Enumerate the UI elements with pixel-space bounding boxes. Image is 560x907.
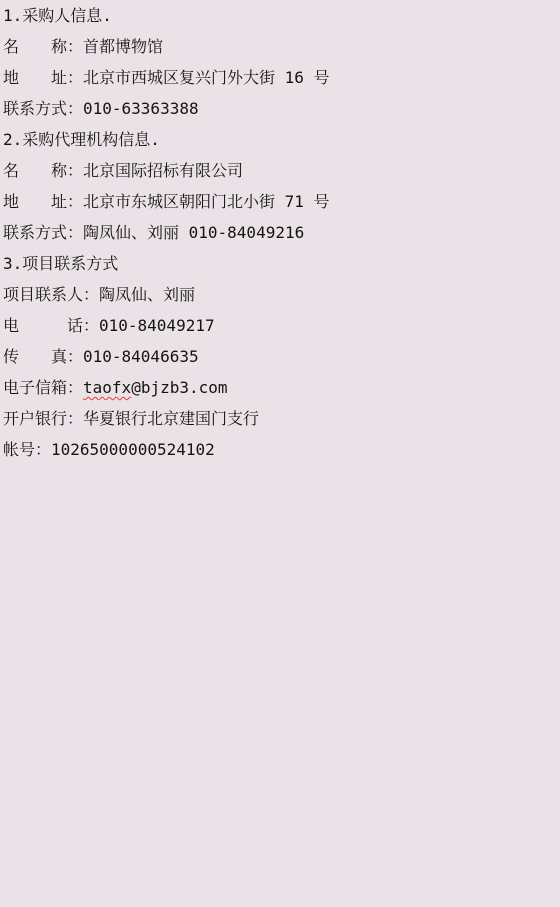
purchaser-address-line: 地 址：北京市西城区复兴门外大街 16 号 bbox=[3, 62, 560, 93]
section1-heading: 1.采购人信息. bbox=[3, 0, 560, 31]
agency-name-line: 名 称：北京国际招标有限公司 bbox=[3, 155, 560, 186]
fax-line: 传 真：010-84046635 bbox=[3, 341, 560, 372]
section2-heading: 2.采购代理机构信息. bbox=[3, 124, 560, 155]
section3-heading: 3.项目联系方式 bbox=[3, 248, 560, 279]
account-line: 帐号：10265000000524102 bbox=[3, 434, 560, 465]
email-domain: @bjzb3.com bbox=[131, 378, 227, 397]
bank-line: 开户银行：华夏银行北京建国门支行 bbox=[3, 403, 560, 434]
project-contact-person-line: 项目联系人：陶凤仙、刘丽 bbox=[3, 279, 560, 310]
agency-address-line: 地 址：北京市东城区朝阳门北小街 71 号 bbox=[3, 186, 560, 217]
purchaser-name-line: 名 称：首都博物馆 bbox=[3, 31, 560, 62]
purchaser-contact-line: 联系方式：010-63363388 bbox=[3, 93, 560, 124]
email-label: 电子信箱： bbox=[3, 378, 83, 397]
email-user-misspelled: taofx bbox=[83, 378, 131, 397]
email-line: 电子信箱：taofx@bjzb3.com bbox=[3, 372, 560, 403]
agency-contact-line: 联系方式：陶凤仙、刘丽 010-84049216 bbox=[3, 217, 560, 248]
procurement-contact-document: 1.采购人信息. 名 称：首都博物馆 地 址：北京市西城区复兴门外大街 16 号… bbox=[0, 0, 560, 465]
phone-line: 电 话：010-84049217 bbox=[3, 310, 560, 341]
